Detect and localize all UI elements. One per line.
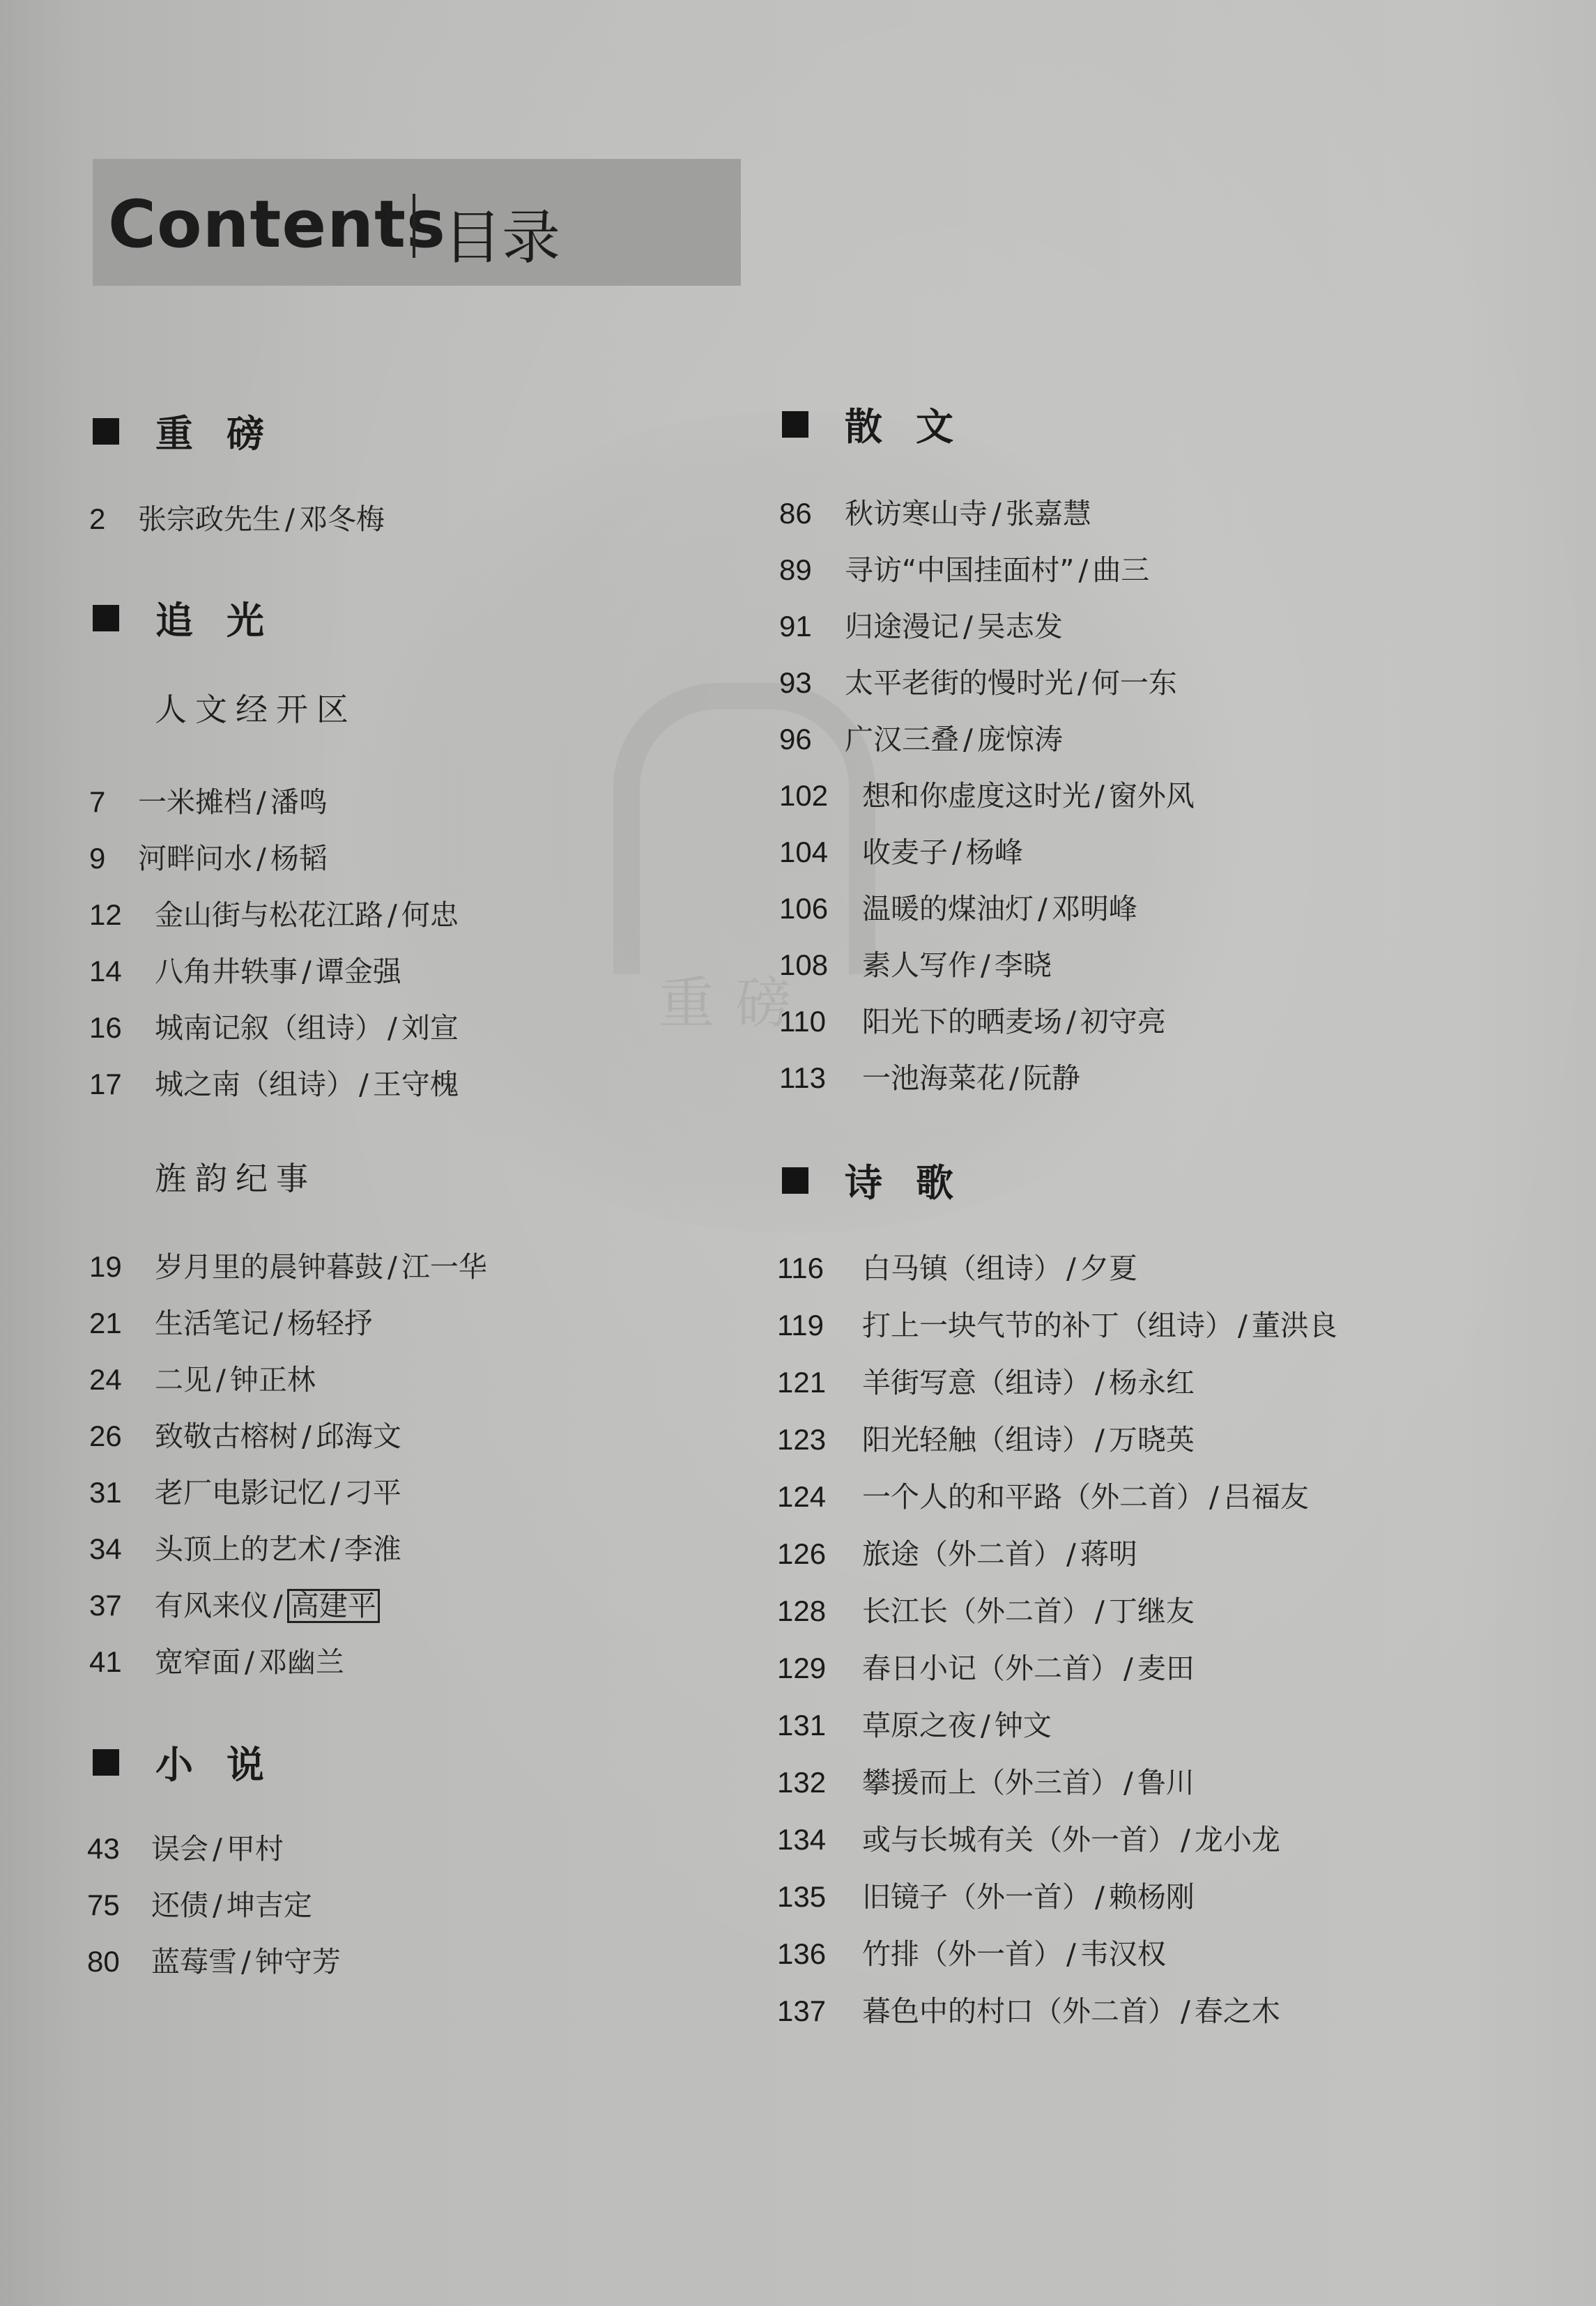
watermark-circle [300, 411, 1289, 1233]
entry-title: 误会 [151, 1826, 208, 1867]
toc-entry[interactable]: 131 草原之夜/钟文 [777, 1702, 1052, 1744]
slash-separator: / [302, 955, 312, 988]
slash-separator: / [256, 785, 266, 819]
subsection-heading-jingyun: 旌韵纪事 [155, 1153, 316, 1199]
entry-title: 收麦子 [862, 829, 948, 870]
slash-separator: / [1238, 1309, 1248, 1342]
entry-author: 杨轻抒 [287, 1300, 373, 1342]
entry-author: 邓幽兰 [259, 1639, 344, 1680]
toc-entry[interactable]: 126 旅途（外二首）/蒋明 [777, 1531, 1137, 1572]
entry-author: 蒋明 [1080, 1531, 1137, 1572]
entry-title: 城南记叙（组诗） [155, 1005, 383, 1046]
slash-separator: / [302, 1420, 312, 1453]
toc-entry[interactable]: 21 生活笔记/杨轻抒 [89, 1300, 373, 1342]
entry-author: 刁平 [344, 1470, 401, 1511]
entry-author: 窗外风 [1109, 773, 1195, 814]
toc-entry[interactable]: 34 头顶上的艺术/李淮 [89, 1526, 401, 1567]
slash-separator: / [216, 1363, 226, 1397]
slash-separator: / [285, 502, 295, 536]
entry-author: 春之木 [1195, 1988, 1280, 2029]
entry-author: 杨永红 [1109, 1360, 1195, 1401]
slash-separator: / [1066, 1005, 1076, 1038]
entry-author: 龙小龙 [1195, 1817, 1280, 1858]
slash-separator: / [273, 1307, 283, 1340]
entry-author-highlighted: 高建平 [287, 1589, 380, 1623]
entry-title: 竹排（外一首） [862, 1931, 1062, 1972]
entry-author: 万晓英 [1109, 1417, 1195, 1458]
toc-entry[interactable]: 113 一池海菜花/阮静 [779, 1055, 1080, 1096]
page-number: 123 [777, 1423, 862, 1456]
toc-entry[interactable]: 104 收麦子/杨峰 [779, 829, 1023, 870]
page-number: 119 [777, 1309, 862, 1342]
entry-title: 蓝莓雪 [151, 1939, 237, 1980]
toc-entry[interactable]: 128 长江长（外二首）/丁继友 [777, 1588, 1195, 1629]
square-bullet-icon [93, 605, 119, 631]
page-number: 134 [777, 1823, 862, 1857]
slash-separator: / [952, 836, 962, 869]
entry-author: 丁继友 [1109, 1588, 1195, 1629]
page-number: 89 [779, 553, 845, 587]
section-label: 散文 [845, 397, 987, 451]
slash-separator: / [1066, 1937, 1076, 1971]
page-number: 7 [89, 785, 138, 819]
page-number: 113 [779, 1061, 862, 1095]
title-divider [413, 194, 415, 258]
page-number: 2 [89, 502, 138, 536]
entry-author: 何忠 [401, 892, 459, 933]
entry-title: 攀援而上（外三首） [862, 1760, 1119, 1801]
entry-title: 打上一块气节的补丁（组诗） [862, 1302, 1234, 1344]
entry-author: 潘鸣 [270, 779, 328, 820]
toc-entry[interactable]: 41 宽窄面/邓幽兰 [89, 1639, 344, 1680]
section-label: 小说 [155, 1735, 298, 1789]
toc-entry[interactable]: 124 一个人的和平路（外二首）/吕福友 [777, 1474, 1309, 1515]
slash-separator: / [213, 1832, 222, 1866]
page-number: 126 [777, 1537, 862, 1571]
page-number: 135 [777, 1880, 862, 1914]
page-number: 136 [777, 1937, 862, 1971]
page-number: 21 [89, 1307, 155, 1340]
entry-title: 想和你虚度这时光 [862, 773, 1091, 814]
entry-title: 素人写作 [862, 942, 976, 983]
section-heading-shige: 诗歌 [782, 1153, 987, 1207]
toc-entry[interactable]: 26 致敬古榕树/邱海文 [89, 1413, 401, 1454]
toc-entry[interactable]: 137 暮色中的村口（外二首）/春之木 [777, 1988, 1280, 2029]
square-bullet-icon [93, 418, 119, 445]
page-number: 12 [89, 898, 155, 932]
slash-separator: / [388, 1250, 397, 1284]
entry-author: 李晓 [995, 942, 1052, 983]
entry-author: 阮静 [1023, 1055, 1080, 1096]
entry-title: 阳光下的晒麦场 [862, 999, 1062, 1040]
entry-title: 广汉三叠 [845, 716, 959, 758]
toc-entry[interactable]: 24 二见/钟正林 [89, 1357, 316, 1398]
entry-title: 宽窄面 [155, 1639, 240, 1680]
toc-entry[interactable]: 31 老厂电影记忆/刁平 [89, 1470, 401, 1511]
toc-entry[interactable]: 116 白马镇（组诗）/夕夏 [777, 1245, 1137, 1286]
entry-title: 还债 [151, 1882, 208, 1923]
page-title-zh: 目录 [443, 191, 560, 275]
section-heading-xiaoshuo: 小说 [93, 1735, 298, 1789]
entry-title: 寻访“中国挂面村” [845, 547, 1074, 588]
entry-title: 有风来仪 [155, 1583, 269, 1624]
entry-author: 李淮 [344, 1526, 401, 1567]
entry-author: 曲三 [1092, 547, 1149, 588]
slash-separator: / [1078, 553, 1088, 587]
toc-entry[interactable]: 2 张宗政先生/邓冬梅 [89, 496, 385, 537]
entry-author: 甲村 [227, 1826, 284, 1867]
toc-entry[interactable]: 16 城南记叙（组诗）/刘宣 [89, 1005, 459, 1046]
entry-title: 旅途（外二首） [862, 1531, 1062, 1572]
toc-entry[interactable]: 93 太平老街的慢时光/何一东 [779, 660, 1177, 701]
toc-entry[interactable]: 135 旧镜子（外一首）/赖杨刚 [777, 1874, 1195, 1915]
slash-separator: / [981, 948, 990, 982]
page-number: 96 [779, 723, 845, 756]
subsection-heading-renwen: 人文经开区 [155, 684, 357, 730]
section-label: 追光 [155, 591, 298, 645]
entry-author: 吕福友 [1223, 1474, 1309, 1515]
slash-separator: / [213, 1889, 222, 1922]
entry-title: 一米摊档 [138, 779, 252, 820]
toc-entry[interactable]: 19 岁月里的晨钟暮鼓/江一华 [89, 1244, 487, 1285]
slash-separator: / [1038, 892, 1048, 925]
entry-author: 江一华 [401, 1244, 487, 1285]
entry-title: 或与长城有关（外一首） [862, 1817, 1176, 1858]
entry-author: 董洪良 [1252, 1302, 1337, 1344]
entry-author: 麦田 [1137, 1645, 1195, 1686]
page-number: 75 [87, 1889, 151, 1922]
toc-entry[interactable]: 102 想和你虚度这时光/窗外风 [779, 773, 1195, 814]
entry-title: 八角井轶事 [155, 948, 298, 990]
page-number: 132 [777, 1766, 862, 1799]
entry-title: 暮色中的村口（外二首） [862, 1988, 1176, 2029]
toc-entry[interactable]: 12 金山街与松花江路/何忠 [89, 892, 459, 933]
toc-entry[interactable]: 119 打上一块气节的补丁（组诗）/董洪良 [777, 1302, 1337, 1344]
page-number: 106 [779, 892, 862, 925]
entry-author: 邱海文 [316, 1413, 401, 1454]
slash-separator: / [330, 1476, 340, 1509]
page-number: 121 [777, 1366, 862, 1399]
square-bullet-icon [782, 1167, 808, 1194]
page-number: 31 [89, 1476, 155, 1509]
toc-entry[interactable]: 86 秋访寒山寺/张嘉慧 [779, 491, 1091, 532]
entry-author: 邓冬梅 [299, 496, 385, 537]
entry-title: 羊街写意（组诗） [862, 1360, 1091, 1401]
slash-separator: / [1095, 1423, 1105, 1456]
toc-entry[interactable]: 110 阳光下的晒麦场/初守亮 [779, 999, 1166, 1040]
entry-title: 草原之夜 [862, 1702, 976, 1744]
toc-entry[interactable]: 7 一米摊档/潘鸣 [89, 779, 328, 820]
slash-separator: / [1095, 779, 1105, 813]
page-number: 104 [779, 836, 862, 869]
page-number: 124 [777, 1480, 862, 1514]
toc-entry[interactable]: 37 有风来仪/高建平 [89, 1583, 380, 1624]
entry-author: 张嘉慧 [1006, 491, 1091, 532]
toc-entry[interactable]: 17 城之南（组诗）/王守槐 [89, 1061, 459, 1102]
toc-entry[interactable]: 89 寻访“中国挂面村”/曲三 [779, 547, 1149, 588]
page-number: 19 [89, 1250, 155, 1284]
entry-title: 温暖的煤油灯 [862, 886, 1034, 927]
slash-separator: / [992, 497, 1002, 530]
page-number: 131 [777, 1709, 862, 1742]
page-number: 16 [89, 1011, 155, 1045]
page-number: 102 [779, 779, 862, 813]
page-number: 26 [89, 1420, 155, 1453]
page-title-en: Contents [108, 187, 446, 263]
slash-separator: / [1009, 1061, 1019, 1095]
slash-separator: / [1209, 1480, 1219, 1514]
toc-entry[interactable]: 91 归途漫记/吴志发 [779, 604, 1063, 645]
page-number: 116 [777, 1252, 862, 1285]
section-label: 重磅 [155, 404, 298, 458]
toc-entry[interactable]: 129 春日小记（外二首）/麦田 [777, 1645, 1195, 1686]
page-number: 137 [777, 1994, 862, 2028]
entry-title: 头顶上的艺术 [155, 1526, 326, 1567]
toc-entry[interactable]: 106 温暖的煤油灯/邓明峰 [779, 886, 1137, 927]
slash-separator: / [245, 1645, 254, 1679]
slash-separator: / [963, 610, 973, 643]
toc-entry[interactable]: 75 还债/坤吉定 [87, 1882, 312, 1923]
entry-title: 一个人的和平路（外二首） [862, 1474, 1205, 1515]
section-heading-zhuiguang: 追光 [93, 591, 298, 645]
entry-author: 刘宣 [401, 1005, 459, 1046]
slash-separator: / [359, 1068, 369, 1101]
entry-author: 坤吉定 [227, 1882, 312, 1923]
page-number: 128 [777, 1594, 862, 1628]
square-bullet-icon [93, 1749, 119, 1776]
page-number: 41 [89, 1645, 155, 1679]
entry-title: 老厂电影记忆 [155, 1470, 326, 1511]
page-number: 110 [779, 1005, 862, 1038]
slash-separator: / [1077, 666, 1087, 700]
slash-separator: / [1123, 1766, 1133, 1799]
entry-author: 鲁川 [1137, 1760, 1195, 1801]
entry-title: 岁月里的晨钟暮鼓 [155, 1244, 383, 1285]
entry-title: 张宗政先生 [138, 496, 281, 537]
entry-author: 庞惊涛 [977, 716, 1063, 758]
entry-title: 归途漫记 [845, 604, 959, 645]
toc-entry[interactable]: 9 河畔问水/杨韬 [89, 836, 328, 877]
entry-title: 旧镜子（外一首） [862, 1874, 1091, 1915]
entry-author: 杨韬 [270, 836, 328, 877]
toc-entry[interactable]: 123 阳光轻触（组诗）/万晓英 [777, 1417, 1195, 1458]
toc-entry[interactable]: 43 误会/甲村 [87, 1826, 284, 1867]
slash-separator: / [330, 1532, 340, 1566]
slash-separator: / [1095, 1594, 1105, 1628]
toc-entry[interactable]: 121 羊街写意（组诗）/杨永红 [777, 1360, 1195, 1401]
section-heading-zhongbang: 重磅 [93, 404, 298, 458]
page-number: 129 [777, 1652, 862, 1685]
slash-separator: / [1066, 1537, 1076, 1571]
entry-author: 谭金强 [316, 948, 401, 990]
entry-author: 钟守芳 [255, 1939, 341, 1980]
slash-separator: / [1181, 1823, 1190, 1857]
page-number: 43 [87, 1832, 151, 1866]
toc-entry[interactable]: 134 或与长城有关（外一首）/龙小龙 [777, 1817, 1280, 1858]
slash-separator: / [241, 1945, 251, 1978]
slash-separator: / [981, 1709, 990, 1742]
entry-title: 致敬古榕树 [155, 1413, 298, 1454]
slash-separator: / [1123, 1652, 1133, 1685]
entry-author: 赖杨刚 [1109, 1874, 1195, 1915]
entry-title: 太平老街的慢时光 [845, 660, 1073, 701]
entry-title: 秋访寒山寺 [845, 491, 988, 532]
page-number: 108 [779, 948, 862, 982]
entry-title: 白马镇（组诗） [862, 1245, 1062, 1286]
entry-author: 吴志发 [977, 604, 1063, 645]
toc-entry[interactable]: 136 竹排（外一首）/韦汉权 [777, 1931, 1166, 1972]
slash-separator: / [388, 898, 397, 932]
slash-separator: / [1095, 1880, 1105, 1914]
page-number: 34 [89, 1532, 155, 1566]
page-number: 80 [87, 1945, 151, 1978]
page-number: 14 [89, 955, 155, 988]
toc-entry[interactable]: 132 攀援而上（外三首）/鲁川 [777, 1760, 1195, 1801]
page-number: 17 [89, 1068, 155, 1101]
toc-entry[interactable]: 80 蓝莓雪/钟守芳 [87, 1939, 341, 1980]
section-heading-sanwen: 散文 [782, 397, 987, 451]
toc-entry[interactable]: 96 广汉三叠/庞惊涛 [779, 716, 1063, 758]
slash-separator: / [1066, 1252, 1076, 1285]
entry-title: 生活笔记 [155, 1300, 269, 1342]
entry-title: 一池海菜花 [862, 1055, 1005, 1096]
slash-separator: / [963, 723, 973, 756]
entry-title: 城之南（组诗） [155, 1061, 355, 1102]
entry-title: 春日小记（外二首） [862, 1645, 1119, 1686]
page-number: 91 [779, 610, 845, 643]
entry-title: 阳光轻触（组诗） [862, 1417, 1091, 1458]
entry-title: 金山街与松花江路 [155, 892, 383, 933]
entry-author: 何一东 [1091, 660, 1177, 701]
entry-author: 钟文 [995, 1702, 1052, 1744]
entry-author: 初守亮 [1080, 999, 1166, 1040]
entry-author: 韦汉权 [1080, 1931, 1166, 1972]
slash-separator: / [1181, 1994, 1190, 2028]
section-label: 诗歌 [845, 1153, 987, 1207]
slash-separator: / [256, 842, 266, 875]
entry-author: 王守槐 [373, 1061, 459, 1102]
square-bullet-icon [782, 411, 808, 438]
page-number: 37 [89, 1589, 155, 1622]
entry-title: 二见 [155, 1357, 212, 1398]
toc-entry[interactable]: 108 素人写作/李晓 [779, 942, 1052, 983]
entry-author: 夕夏 [1080, 1245, 1137, 1286]
entry-author: 钟正林 [230, 1357, 316, 1398]
page-number: 86 [779, 497, 845, 530]
slash-separator: / [273, 1589, 283, 1622]
toc-entry[interactable]: 14 八角井轶事/谭金强 [89, 948, 401, 990]
page-number: 93 [779, 666, 845, 700]
entry-title: 河畔问水 [138, 836, 252, 877]
entry-author: 杨峰 [966, 829, 1023, 870]
entry-title: 长江长（外二首） [862, 1588, 1091, 1629]
page-number: 24 [89, 1363, 155, 1397]
page-number: 9 [89, 842, 138, 875]
entry-author: 邓明峰 [1052, 886, 1137, 927]
slash-separator: / [388, 1011, 397, 1045]
slash-separator: / [1095, 1366, 1105, 1399]
